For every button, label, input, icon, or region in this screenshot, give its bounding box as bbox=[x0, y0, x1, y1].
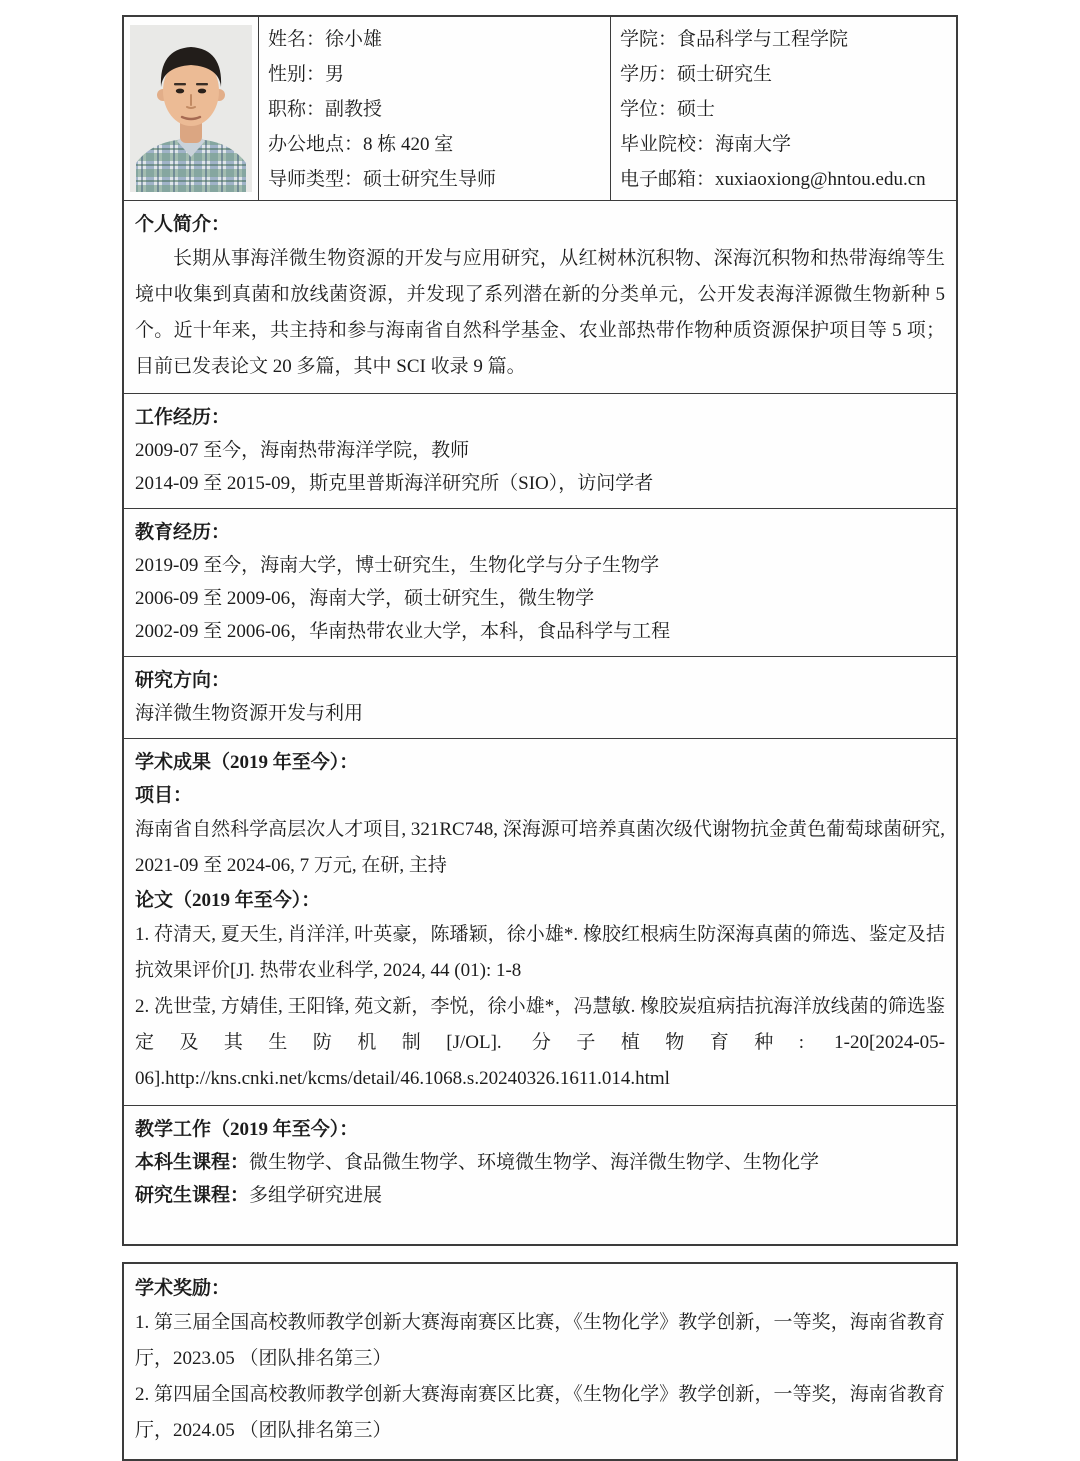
field-value: 徐小雄 bbox=[325, 29, 382, 50]
field-label: 办公地点： bbox=[268, 134, 363, 155]
field-title: 职称：副教授 bbox=[268, 92, 604, 127]
info-column-left: 姓名：徐小雄 性别：男 职称：副教授 办公地点：8 栋 420 室 导师类型：硕… bbox=[259, 17, 611, 200]
field-value: 食品科学与工程学院 bbox=[677, 29, 848, 50]
research-item: 海洋微生物资源开发与利用 bbox=[135, 697, 945, 730]
section-achievements: 学术成果（2019 年至今）： 项目： 海南省自然科学高层次人才项目, 321R… bbox=[124, 739, 956, 1106]
course-list: 微生物学、食品微生物学、环境微生物学、海洋微生物学、生物化学 bbox=[249, 1152, 819, 1173]
education-item: 2019-09 至今，海南大学，博士研究生，生物化学与分子生物学 bbox=[135, 549, 945, 582]
work-item: 2009-07 至今，海南热带海洋学院，教师 bbox=[135, 434, 945, 467]
course-label: 本科生课程： bbox=[135, 1152, 249, 1173]
section-title: 个人简介： bbox=[135, 208, 945, 241]
teaching-graduate: 研究生课程：多组学研究进展 bbox=[135, 1179, 945, 1212]
course-label: 研究生课程： bbox=[135, 1185, 249, 1206]
section-title: 学术成果（2019 年至今）： bbox=[135, 746, 945, 779]
work-item: 2014-09 至 2015-09，斯克里普斯海洋研究所（SIO），访问学者 bbox=[135, 467, 945, 500]
section-work: 工作经历： 2009-07 至今，海南热带海洋学院，教师 2014-09 至 2… bbox=[124, 394, 956, 509]
field-email: 电子邮箱：xuxiaoxiong@hntou.edu.cn bbox=[620, 162, 950, 197]
field-label: 导师类型： bbox=[268, 169, 363, 190]
portrait-photo bbox=[130, 25, 252, 192]
field-label: 学位： bbox=[620, 99, 677, 120]
field-value: xuxiaoxiong@hntou.edu.cn bbox=[715, 169, 926, 190]
field-value: 硕士 bbox=[677, 99, 715, 120]
paper-item: 1. 苻清天, 夏天生, 肖洋洋, 叶英豪，陈璠颖，徐小雄*. 橡胶红根病生防深… bbox=[135, 917, 945, 989]
field-value: 副教授 bbox=[325, 99, 382, 120]
field-label: 性别： bbox=[268, 64, 325, 85]
field-label: 学院： bbox=[620, 29, 677, 50]
teaching-undergrad: 本科生课程：微生物学、食品微生物学、环境微生物学、海洋微生物学、生物化学 bbox=[135, 1146, 945, 1179]
field-college: 学院：食品科学与工程学院 bbox=[620, 22, 950, 57]
profile-table: 姓名：徐小雄 性别：男 职称：副教授 办公地点：8 栋 420 室 导师类型：硕… bbox=[122, 15, 958, 1246]
field-gender: 性别：男 bbox=[268, 57, 604, 92]
field-value: 男 bbox=[325, 64, 344, 85]
award-item: 1. 第三届全国高校教师教学创新大赛海南赛区比赛，《生物化学》教学创新，一等奖，… bbox=[135, 1305, 945, 1377]
field-value: 硕士研究生 bbox=[677, 64, 772, 85]
section-title: 教学工作（2019 年至今）： bbox=[135, 1113, 945, 1146]
award-item: 2. 第四届全国高校教师教学创新大赛海南赛区比赛，《生物化学》教学创新，一等奖，… bbox=[135, 1377, 945, 1449]
field-value: 海南大学 bbox=[715, 134, 791, 155]
field-label: 姓名： bbox=[268, 29, 325, 50]
field-label: 职称： bbox=[268, 99, 325, 120]
education-item: 2006-09 至 2009-06，海南大学，硕士研究生，微生物学 bbox=[135, 582, 945, 615]
field-name: 姓名：徐小雄 bbox=[268, 22, 604, 57]
papers-subtitle: 论文（2019 年至今）： bbox=[135, 884, 945, 917]
section-research: 研究方向： 海洋微生物资源开发与利用 bbox=[124, 657, 956, 739]
field-office: 办公地点：8 栋 420 室 bbox=[268, 127, 604, 162]
field-value: 硕士研究生导师 bbox=[363, 169, 496, 190]
awards-table: 学术奖励： 1. 第三届全国高校教师教学创新大赛海南赛区比赛，《生物化学》教学创… bbox=[122, 1262, 958, 1461]
course-list: 多组学研究进展 bbox=[249, 1185, 382, 1206]
section-title: 教育经历： bbox=[135, 516, 945, 549]
photo-cell bbox=[124, 17, 259, 200]
section-intro: 个人简介： 长期从事海洋微生物资源的开发与应用研究，从红树林沉积物、深海沉积物和… bbox=[124, 201, 956, 394]
section-education: 教育经历： 2019-09 至今，海南大学，博士研究生，生物化学与分子生物学 2… bbox=[124, 509, 956, 657]
section-title: 工作经历： bbox=[135, 401, 945, 434]
project-item: 海南省自然科学高层次人才项目, 321RC748, 深海源可培养真菌次级代谢物抗… bbox=[135, 812, 945, 884]
info-column-right: 学院：食品科学与工程学院 学历：硕士研究生 学位：硕士 毕业院校：海南大学 电子… bbox=[611, 17, 956, 200]
intro-paragraph: 长期从事海洋微生物资源的开发与应用研究，从红树林沉积物、深海沉积物和热带海绵等生… bbox=[135, 241, 945, 385]
document-page: 姓名：徐小雄 性别：男 职称：副教授 办公地点：8 栋 420 室 导师类型：硕… bbox=[0, 0, 1080, 1461]
field-alma-mater: 毕业院校：海南大学 bbox=[620, 127, 950, 162]
field-label: 毕业院校： bbox=[620, 134, 715, 155]
field-advisor-type: 导师类型：硕士研究生导师 bbox=[268, 162, 604, 197]
field-label: 电子邮箱： bbox=[620, 169, 715, 190]
field-degree: 学位：硕士 bbox=[620, 92, 950, 127]
field-education-level: 学历：硕士研究生 bbox=[620, 57, 950, 92]
section-title: 学术奖励： bbox=[135, 1272, 945, 1305]
section-teaching: 教学工作（2019 年至今）： 本科生课程：微生物学、食品微生物学、环境微生物学… bbox=[124, 1106, 956, 1244]
section-title: 研究方向： bbox=[135, 664, 945, 697]
field-label: 学历： bbox=[620, 64, 677, 85]
education-item: 2002-09 至 2006-06，华南热带农业大学，本科，食品科学与工程 bbox=[135, 615, 945, 648]
header-row: 姓名：徐小雄 性别：男 职称：副教授 办公地点：8 栋 420 室 导师类型：硕… bbox=[124, 17, 956, 201]
projects-subtitle: 项目： bbox=[135, 779, 945, 812]
field-value: 8 栋 420 室 bbox=[363, 134, 453, 155]
paper-item: 2. 冼世莹, 方婧佳, 王阳锋, 苑文新，李悦，徐小雄*，冯慧敏. 橡胶炭疽病… bbox=[135, 989, 945, 1097]
